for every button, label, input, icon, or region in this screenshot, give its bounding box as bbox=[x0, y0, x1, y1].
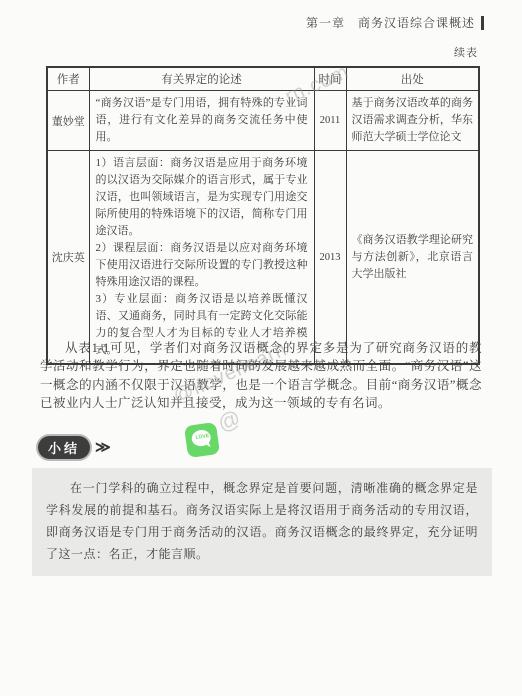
source-cell: 基于商务汉语改革的商务汉语需求调查分析，华东师范大学硕士学位论文 bbox=[346, 91, 479, 151]
speech-bubble-icon: LOVE bbox=[191, 429, 212, 447]
table-continued-label: 续表 bbox=[454, 44, 478, 60]
col-header-author: 作者 bbox=[47, 67, 89, 91]
definition-cell: “商务汉语”是专门用语，拥有特殊的专业词语，进行有文化差异的商务交流任务中使用。 bbox=[89, 91, 314, 151]
col-header-source: 出处 bbox=[346, 67, 479, 91]
table-header-row: 作者 有关界定的论述 时间 出处 bbox=[47, 67, 479, 91]
definitions-table: 作者 有关界定的论述 时间 出处 董妙堂 “商务汉语”是专门用语，拥有特殊的专业… bbox=[46, 66, 480, 365]
author-cell: 沈庆英 bbox=[47, 151, 89, 365]
body-paragraph: 从表1-1可见，学者们对商务汉语概念的界定多是为了研究商务汉语的教学活动和教学行… bbox=[40, 339, 482, 413]
summary-box: 在一门学科的确立过程中，概念界定是首要问题，清晰准确的概念界定是学科发展的前提和… bbox=[32, 468, 492, 576]
chapter-title: 第一章 商务汉语综合课概述 bbox=[306, 14, 475, 31]
col-header-definition: 有关界定的论述 bbox=[89, 67, 314, 91]
logo-text: LOVE bbox=[195, 433, 209, 441]
year-cell: 2011 bbox=[314, 91, 346, 151]
chat-bubble-logo-icon: LOVE bbox=[184, 422, 220, 458]
author-cell: 董妙堂 bbox=[47, 91, 89, 151]
summary-badge: 小结 bbox=[38, 436, 90, 459]
page-header: 第一章 商务汉语综合课概述 bbox=[306, 14, 484, 31]
year-cell: 2013 bbox=[314, 151, 346, 365]
col-header-year: 时间 bbox=[314, 67, 346, 91]
table-row: 董妙堂 “商务汉语”是专门用语，拥有特殊的专业词语，进行有文化差异的商务交流任务… bbox=[47, 91, 479, 151]
table-row: 沈庆英 1）语言层面：商务汉语是应用于商务环境的以汉语为交际媒介的语言形式，属于… bbox=[47, 151, 479, 365]
double-chevron-icon: ≫ bbox=[95, 438, 109, 457]
definition-cell: 1）语言层面：商务汉语是应用于商务环境的以汉语为交际媒介的语言形式，属于专业汉语… bbox=[89, 151, 314, 365]
header-rule-bar bbox=[481, 16, 484, 30]
source-cell: 《商务汉语教学理论研究与方法创新》，北京语言大学出版社 bbox=[346, 151, 479, 365]
summary-heading: 小结 ≫ bbox=[38, 436, 109, 459]
